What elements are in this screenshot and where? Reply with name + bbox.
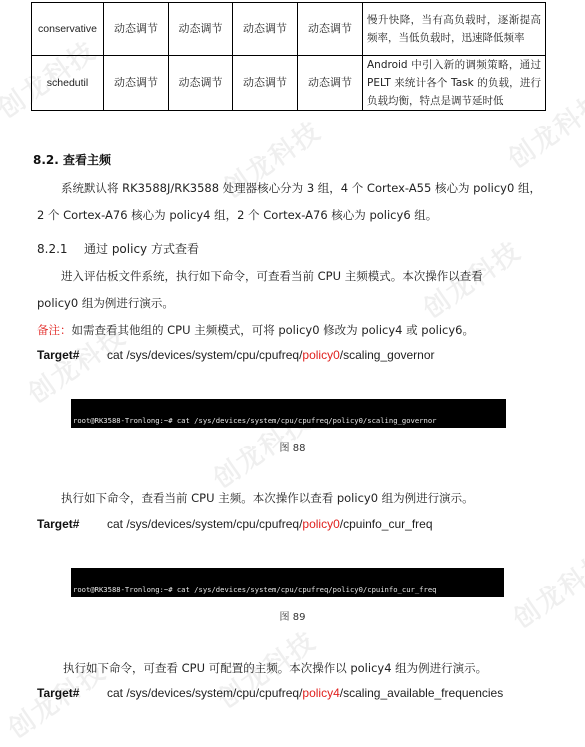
paragraph-line: 执行如下命令，可查看 CPU 可配置的主频。本次操作以 policy4 组为例进…: [63, 660, 487, 676]
target-label: Target#: [37, 686, 107, 700]
figure-caption: 图 89: [0, 608, 585, 623]
document-page: 创龙科技 创龙科技 创龙科技 创龙科技 创龙科技 创龙科技 创龙科技 创龙科技 …: [0, 0, 585, 747]
command-highlight: policy0: [302, 517, 339, 531]
table-row: conservative 动态调节 动态调节 动态调节 动态调节 慢升快降，当有…: [32, 3, 546, 56]
command-prefix: cat /sys/devices/system/cpu/cpufreq/: [107, 348, 302, 362]
table-cell: 动态调节: [233, 56, 298, 111]
target-label: Target#: [37, 517, 107, 531]
command-highlight: policy0: [302, 348, 339, 362]
note-label: 备注：: [37, 323, 72, 337]
paragraph-line: 进入评估板文件系统，执行如下命令，可查看当前 CPU 主频模式。本次操作以查看: [61, 268, 483, 284]
paragraph-line: 执行如下命令，查看当前 CPU 主频。本次操作以查看 policy0 组为例进行…: [61, 490, 474, 506]
governor-name: schedutil: [32, 56, 104, 111]
figure-caption: 图 88: [0, 439, 585, 454]
terminal-line: root@RK3588-Tronlong:~# cat /sys/devices…: [73, 586, 502, 594]
command-prefix: cat /sys/devices/system/cpu/cpufreq/: [107, 686, 302, 700]
paragraph-line: policy0 组为例进行演示。: [37, 295, 174, 311]
target-label: Target#: [37, 348, 107, 362]
command-line: Target#cat /sys/devices/system/cpu/cpufr…: [37, 517, 433, 531]
subsection-title: 通过 policy 方式查看: [84, 242, 199, 256]
note-text: 如需查看其他组的 CPU 主频模式，可将 policy0 修改为 policy4…: [72, 323, 474, 337]
table-cell: 动态调节: [104, 3, 169, 56]
terminal-screenshot: root@RK3588-Tronlong:~# cat /sys/devices…: [71, 399, 506, 428]
table-cell: 动态调节: [169, 3, 233, 56]
terminal-line: root@RK3588-Tronlong:~# cat /sys/devices…: [73, 417, 504, 425]
note-paragraph: 备注：如需查看其他组的 CPU 主频模式，可将 policy0 修改为 poli…: [37, 322, 474, 338]
table-row: schedutil 动态调节 动态调节 动态调节 动态调节 Android 中引…: [32, 56, 546, 111]
terminal-screenshot: root@RK3588-Tronlong:~# cat /sys/devices…: [71, 568, 504, 597]
command-prefix: cat /sys/devices/system/cpu/cpufreq/: [107, 517, 302, 531]
section-heading: 8.2. 查看主频: [33, 151, 111, 168]
governor-description: Android 中引入新的调频策略，通过 PELT 来统计各个 Task 的负载…: [363, 56, 546, 111]
governor-description: 慢升快降，当有高负载时，逐渐提高频率，当低负载时，迅速降低频率: [363, 3, 546, 56]
governor-table: conservative 动态调节 动态调节 动态调节 动态调节 慢升快降，当有…: [31, 2, 546, 111]
table-cell: 动态调节: [233, 3, 298, 56]
table-cell: 动态调节: [169, 56, 233, 111]
governor-name: conservative: [32, 3, 104, 56]
subsection-number: 8.2.1: [37, 242, 84, 256]
command-highlight: policy4: [302, 686, 339, 700]
intro-paragraph-line: 2 个 Cortex-A76 核心为 policy4 组，2 个 Cortex-…: [37, 207, 437, 223]
command-line: Target#cat /sys/devices/system/cpu/cpufr…: [37, 686, 503, 700]
intro-paragraph-line: 系统默认将 RK3588J/RK3588 处理器核心分为 3 组，4 个 Cor…: [61, 180, 541, 196]
subsection-heading: 8.2.1通过 policy 方式查看: [37, 240, 199, 257]
command-suffix: /scaling_governor: [340, 348, 435, 362]
command-suffix: /scaling_available_frequencies: [340, 686, 503, 700]
command-line: Target#cat /sys/devices/system/cpu/cpufr…: [37, 348, 435, 362]
table-cell: 动态调节: [298, 3, 363, 56]
table-cell: 动态调节: [104, 56, 169, 111]
table-cell: 动态调节: [298, 56, 363, 111]
command-suffix: /cpuinfo_cur_freq: [340, 517, 433, 531]
